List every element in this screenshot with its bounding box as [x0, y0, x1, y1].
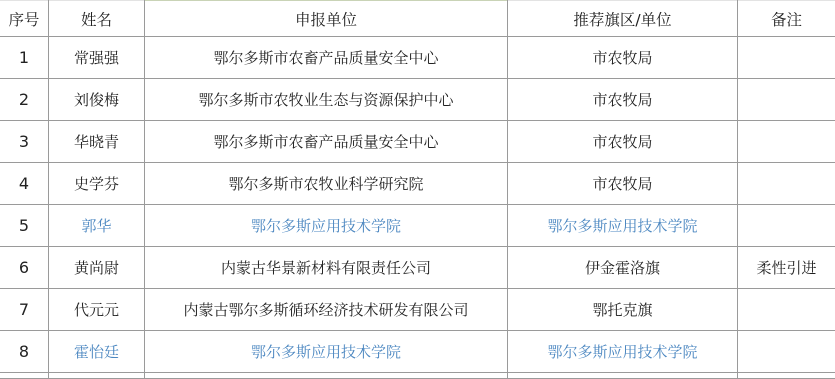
header-recommending-unit: 推荐旗区/单位	[508, 1, 738, 37]
cell-index: 8	[0, 331, 49, 373]
cell-applying-unit: 鄂尔多斯市农牧业生态与资源保护中心	[145, 79, 508, 121]
cell-note	[738, 205, 835, 247]
cell-recommending-unit: 市农牧局	[508, 79, 738, 121]
cell-recommending-unit: 市农牧局	[508, 37, 738, 79]
cell-index: 1	[0, 37, 49, 79]
cell-index: 4	[0, 163, 49, 205]
cell-recommending-unit: 鄂尔多斯应用技术学院	[508, 205, 738, 247]
table-row-highlighted: 5 郭华 鄂尔多斯应用技术学院 鄂尔多斯应用技术学院	[0, 205, 835, 247]
table-row-highlighted: 8 霍怡廷 鄂尔多斯应用技术学院 鄂尔多斯应用技术学院	[0, 331, 835, 373]
cell-name: 代元元	[49, 289, 145, 331]
cell-applying-unit: 内蒙古华景新材料有限责任公司	[145, 247, 508, 289]
cell-name: 华晓青	[49, 121, 145, 163]
table-row: 7 代元元 内蒙古鄂尔多斯循环经济技术研发有限公司 鄂托克旗	[0, 289, 835, 331]
table-row-cutoff	[0, 373, 835, 379]
cell-applying-unit: 鄂尔多斯应用技术学院	[145, 205, 508, 247]
cell-empty	[508, 373, 738, 379]
cell-note	[738, 289, 835, 331]
cell-recommending-unit: 伊金霍洛旗	[508, 247, 738, 289]
cell-empty	[49, 373, 145, 379]
cell-index: 6	[0, 247, 49, 289]
cell-name: 史学芬	[49, 163, 145, 205]
cell-name: 刘俊梅	[49, 79, 145, 121]
cell-note	[738, 121, 835, 163]
table-row: 4 史学芬 鄂尔多斯市农牧业科学研究院 市农牧局	[0, 163, 835, 205]
cell-recommending-unit: 市农牧局	[508, 163, 738, 205]
personnel-table: 序号 姓名 申报单位 推荐旗区/单位 备注 1 常强强 鄂尔多斯市农畜产品质量安…	[0, 0, 835, 378]
cell-empty	[0, 373, 49, 379]
cell-name: 常强强	[49, 37, 145, 79]
personnel-table-container: 序号 姓名 申报单位 推荐旗区/单位 备注 1 常强强 鄂尔多斯市农畜产品质量安…	[0, 0, 835, 378]
cell-index: 5	[0, 205, 49, 247]
header-note: 备注	[738, 1, 835, 37]
cell-empty	[738, 373, 835, 379]
header-applying-unit: 申报单位	[145, 1, 508, 37]
table-row: 1 常强强 鄂尔多斯市农畜产品质量安全中心 市农牧局	[0, 37, 835, 79]
cell-empty	[145, 373, 508, 379]
cell-index: 2	[0, 79, 49, 121]
cell-recommending-unit: 市农牧局	[508, 121, 738, 163]
cell-applying-unit: 鄂尔多斯市农畜产品质量安全中心	[145, 37, 508, 79]
cell-applying-unit: 鄂尔多斯市农牧业科学研究院	[145, 163, 508, 205]
table-row: 2 刘俊梅 鄂尔多斯市农牧业生态与资源保护中心 市农牧局	[0, 79, 835, 121]
cell-name: 霍怡廷	[49, 331, 145, 373]
cell-recommending-unit: 鄂托克旗	[508, 289, 738, 331]
cell-applying-unit: 鄂尔多斯应用技术学院	[145, 331, 508, 373]
table-row: 3 华晓青 鄂尔多斯市农畜产品质量安全中心 市农牧局	[0, 121, 835, 163]
cell-note	[738, 79, 835, 121]
cell-note: 柔性引进	[738, 247, 835, 289]
cell-name: 黄尚尉	[49, 247, 145, 289]
header-name: 姓名	[49, 1, 145, 37]
cell-recommending-unit: 鄂尔多斯应用技术学院	[508, 331, 738, 373]
cell-note	[738, 331, 835, 373]
cell-name: 郭华	[49, 205, 145, 247]
table-row: 6 黄尚尉 内蒙古华景新材料有限责任公司 伊金霍洛旗 柔性引进	[0, 247, 835, 289]
cell-index: 7	[0, 289, 49, 331]
cell-note	[738, 163, 835, 205]
cell-applying-unit: 鄂尔多斯市农畜产品质量安全中心	[145, 121, 508, 163]
cell-applying-unit: 内蒙古鄂尔多斯循环经济技术研发有限公司	[145, 289, 508, 331]
table-header-row: 序号 姓名 申报单位 推荐旗区/单位 备注	[0, 1, 835, 37]
cell-note	[738, 37, 835, 79]
header-index: 序号	[0, 1, 49, 37]
cell-index: 3	[0, 121, 49, 163]
